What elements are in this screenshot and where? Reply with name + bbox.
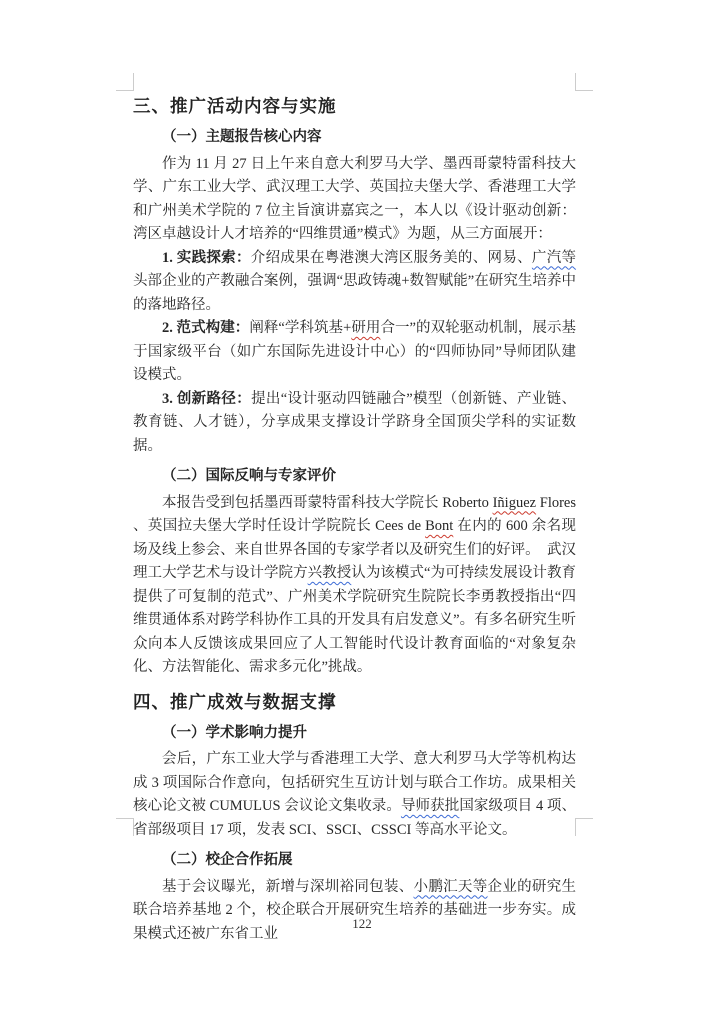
grammar-flagged-text: 导师获批 [401,798,459,814]
spellcheck-flagged-text: Iñiguez [493,495,536,511]
bold-lead-in: 2. 范式构建： [162,320,249,336]
text-run: 介绍成果在粤港澳大湾区服务美的、网易、 [251,250,532,266]
text-run: 本报告受到包括墨西哥蒙特雷科技大学院长 Roberto [162,495,493,511]
text-run: 基于会议曝光，新增与深圳裕同包装、 [162,879,414,895]
sub-heading: （一）主题报告核心内容 [133,126,576,150]
bold-lead-in: 3. 创新路径： [162,391,251,407]
text-run: 阐释“学科筑基+ [249,320,351,336]
bold-lead-in: 1. 实践探索： [162,250,251,266]
text-boundary-mark-bottom-right [575,818,593,836]
sub-heading: （二）校企合作拓展 [133,849,576,873]
paragraph: 3. 创新路径：提出“设计驱动四链融合”模型（创新链、产业链、教育链、人才链），… [133,388,576,459]
paragraph: 基于会议曝光，新增与深圳裕同包装、小鹏汇天等企业的研究生联合培养基地 2 个，校… [133,876,576,947]
document-page: 三、推广活动内容与实施（一）主题报告核心内容作为 11 月 27 日上午来自意大… [0,0,724,1024]
text-boundary-mark-bottom-left [116,818,134,836]
text-boundary-mark-top-left [116,73,134,91]
text-boundary-mark-top-right [575,73,593,91]
text-run: 头部企业的产教融合案例，强调“思政铸魂+数智赋能”在研究生培养中的落地路径。 [133,273,576,313]
paragraph: 2. 范式构建：阐释“学科筑基+研用合一”的双轮驱动机制，展示基于国家级平台（如… [133,317,576,388]
sub-heading: （二）国际反响与专家评价 [133,465,576,489]
spellcheck-flagged-text: 研用 [351,320,380,336]
paragraph: 本报告受到包括墨西哥蒙特雷科技大学院长 Roberto Iñiguez Flor… [133,492,576,680]
grammar-flagged-text: 广汽等 [532,250,576,266]
grammar-flagged-text: 兴教授 [308,565,352,581]
text-run: 作为 11 月 27 日上午来自意大利罗马大学、墨西哥蒙特雷科技大学、广东工业大… [133,156,576,243]
paragraph: 作为 11 月 27 日上午来自意大利罗马大学、墨西哥蒙特雷科技大学、广东工业大… [133,153,576,247]
grammar-flagged-text: 小鹏汇天等 [414,879,488,895]
section-heading: 三、推广活动内容与实施 [133,94,576,119]
text-run: 认为该模式“为可持续发展设计教育提供了可复制的范式”、广州美术学院研究生院院长李… [133,565,576,675]
section-heading: 四、推广成效与数据支撑 [133,690,576,715]
paragraph: 1. 实践探索：介绍成果在粤港澳大湾区服务美的、网易、广汽等头部企业的产教融合案… [133,247,576,318]
document-body: 三、推广活动内容与实施（一）主题报告核心内容作为 11 月 27 日上午来自意大… [133,84,576,946]
spellcheck-flagged-text: Bont [425,518,453,534]
page-number: 122 [0,916,724,932]
sub-heading: （一）学术影响力提升 [133,722,576,746]
paragraph: 会后，广东工业大学与香港理工大学、意大利罗马大学等机构达成 3 项国际合作意向，… [133,748,576,842]
